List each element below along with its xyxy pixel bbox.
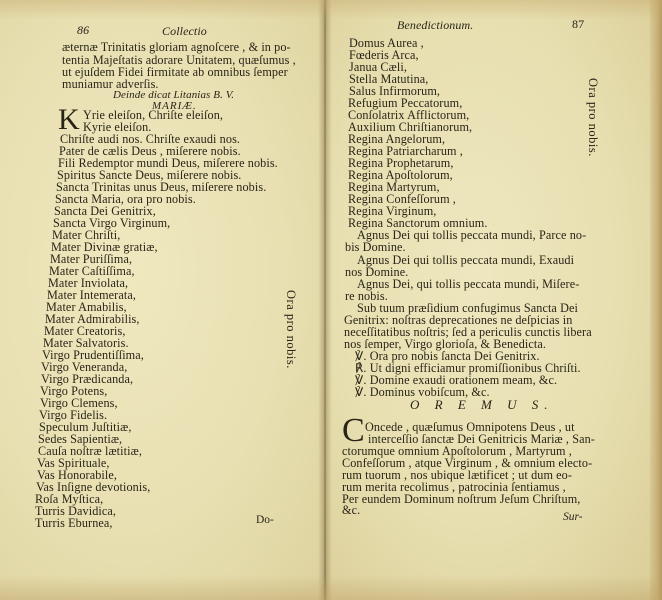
collect-line: &c. [342, 504, 360, 517]
right-page: Benedictionum. 87 Domus Aurea , Fœderis … [325, 0, 662, 600]
page-edge [650, 0, 662, 600]
left-page: 86 Collectio æternæ Trinitatis gloriam a… [0, 0, 325, 600]
drop-cap: K [58, 106, 80, 134]
drop-cap: C [342, 417, 365, 445]
oremus-heading: O R E M U S. [410, 398, 554, 411]
book-gutter [318, 0, 332, 600]
litany-line: Turris Eburnea, [35, 517, 113, 530]
top-edge-stain [0, 0, 662, 20]
side-response-right: Ora pro nobis. [585, 78, 600, 157]
side-response-left: Ora pro nobis. [283, 290, 298, 369]
bottom-edge-stain [0, 575, 662, 600]
collect-line: Per eundem Dominum noſtrum Jeſum Chriſtu… [342, 493, 580, 506]
agnus-line: Agnus Dei, qui tollis peccata mundi, Miſ… [357, 278, 579, 291]
page-number-left: 86 [77, 24, 89, 37]
catchword-right: Sur- [563, 511, 583, 523]
running-head-left: Collectio [162, 25, 207, 38]
catchword-left: Do- [256, 514, 274, 526]
running-head-right: Benedictionum. [397, 19, 473, 32]
